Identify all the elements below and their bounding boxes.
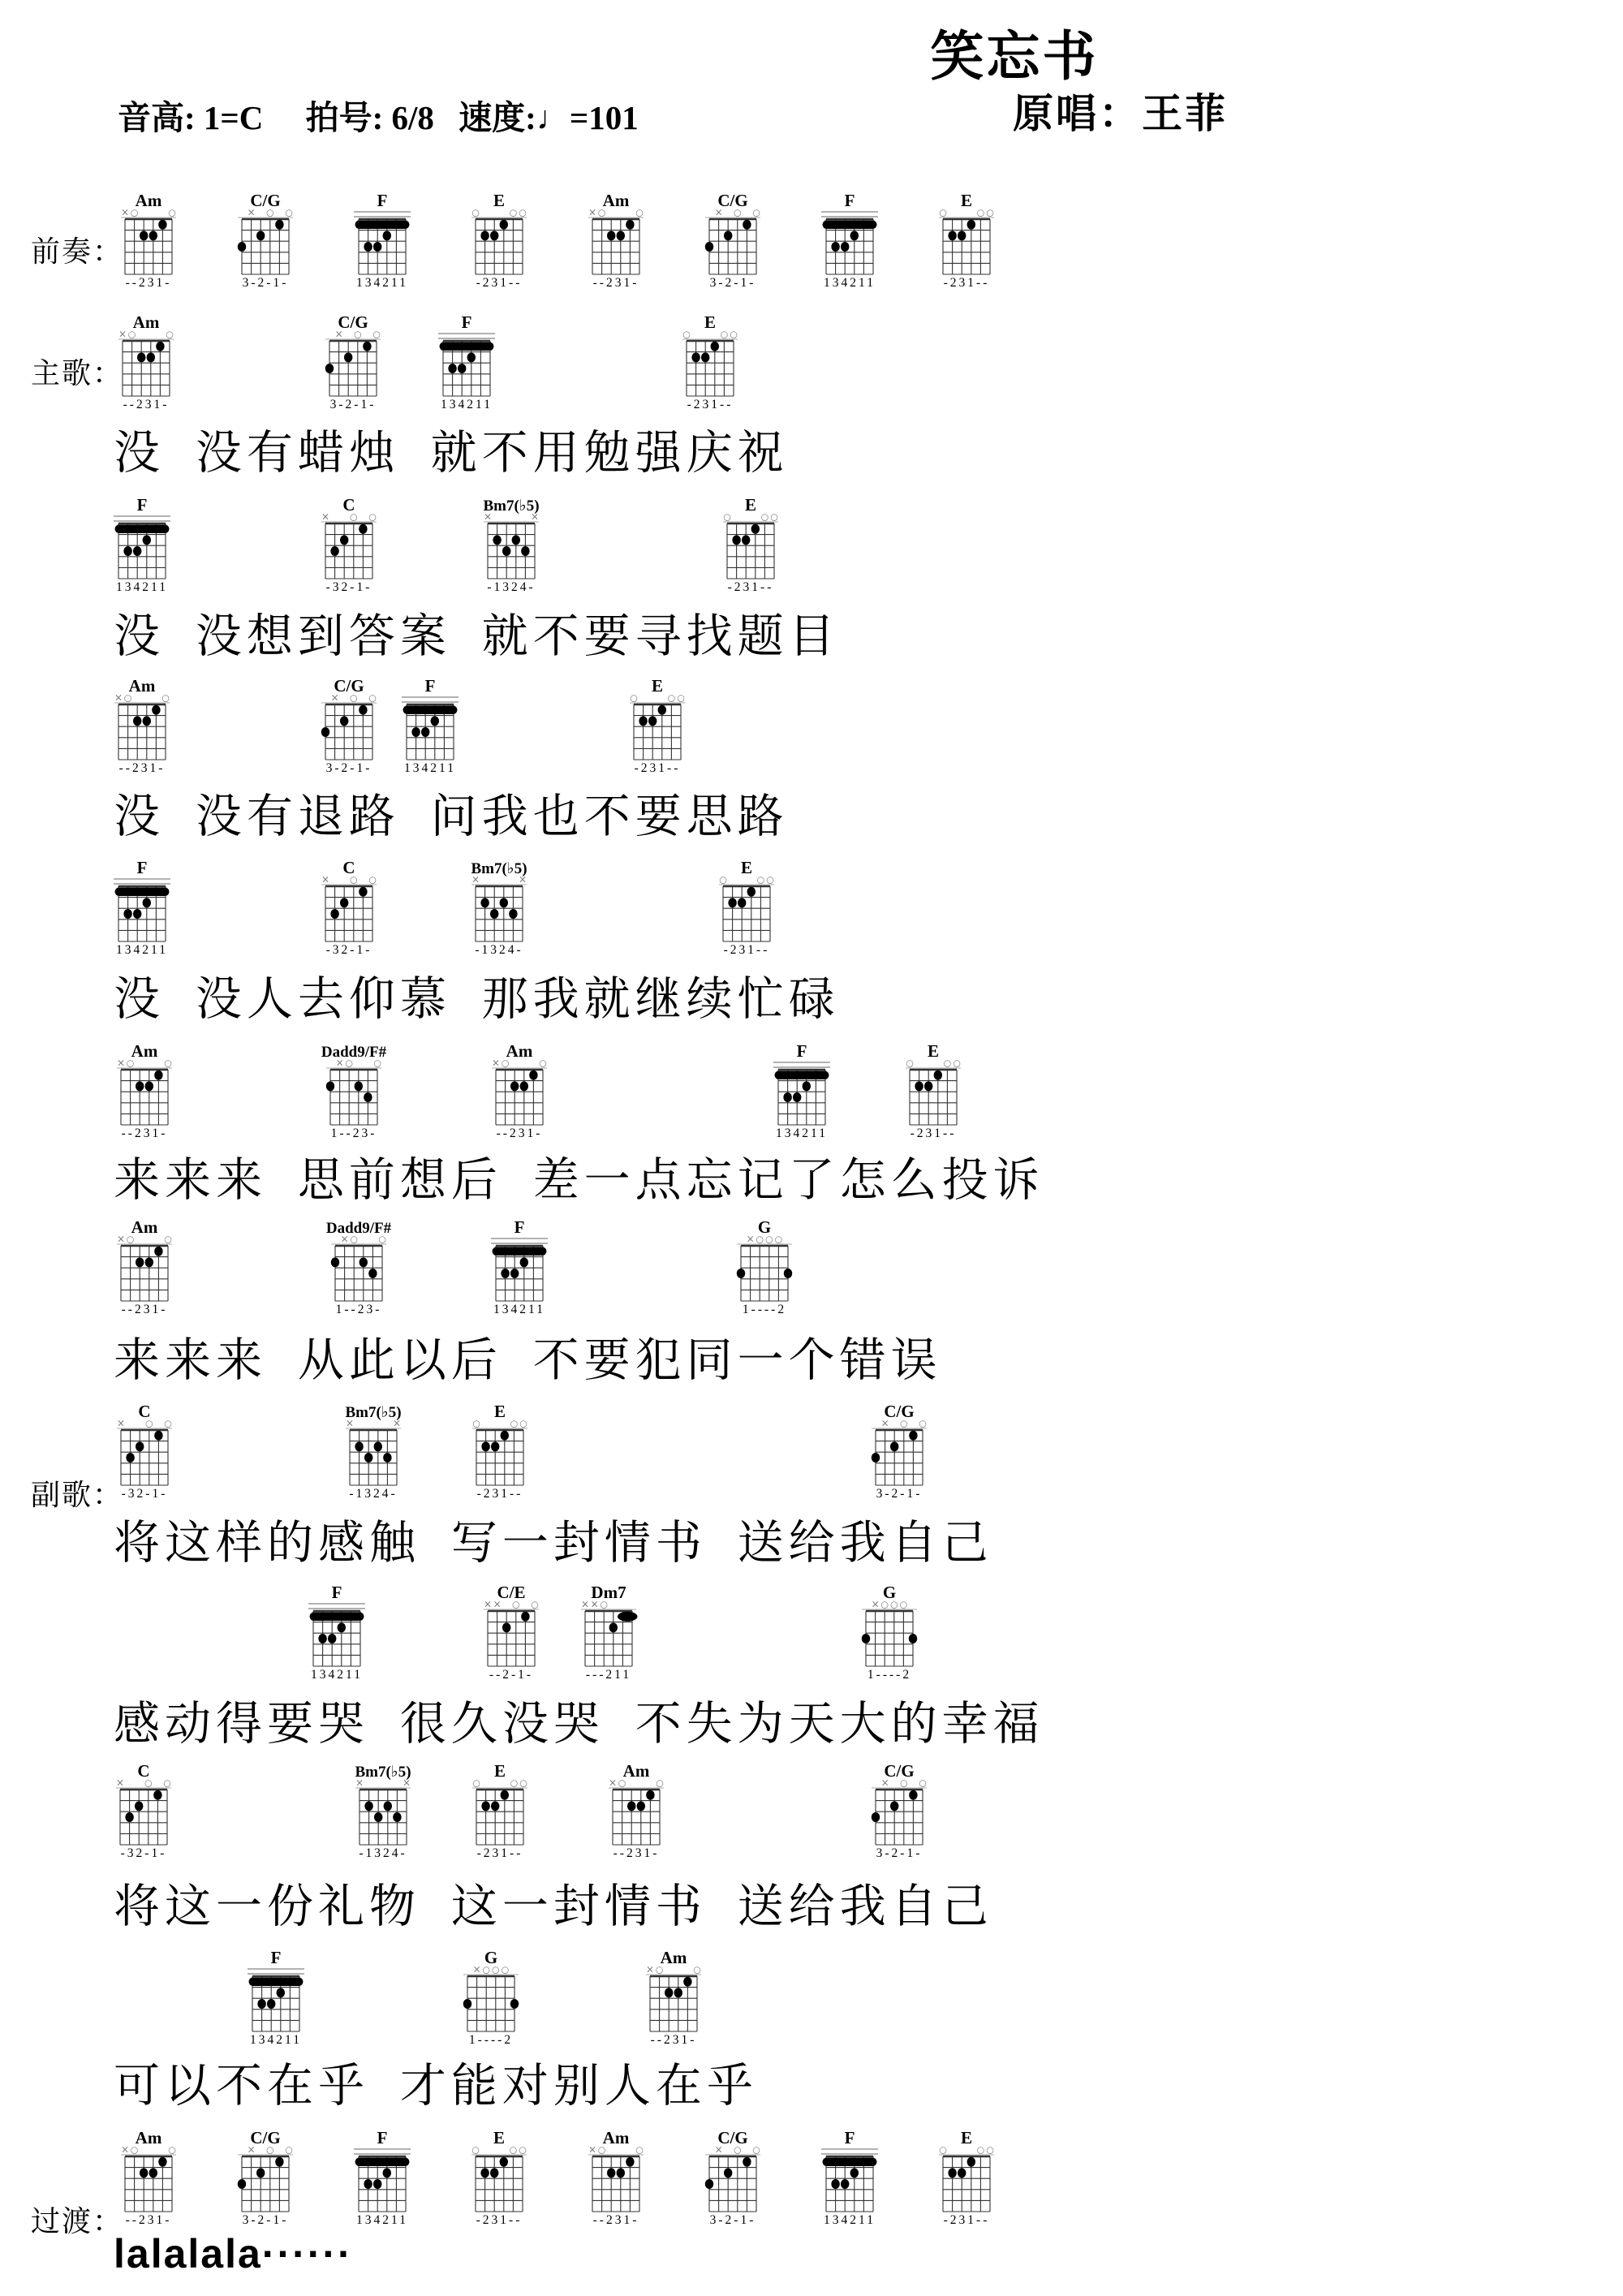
chord-diagram-Dm7: Dm7××○---211 <box>570 1582 648 1682</box>
svg-text:1--23-: 1--23- <box>336 1303 382 1316</box>
svg-text:○: ○ <box>730 330 738 340</box>
svg-text:○: ○ <box>986 2145 994 2156</box>
svg-text:×: × <box>473 1964 481 1975</box>
svg-text:Am: Am <box>131 1217 158 1237</box>
svg-text:F: F <box>271 1948 282 1967</box>
svg-text:F: F <box>797 1041 807 1061</box>
chord-diagram-CG: C/G×○○3-2-1- <box>314 312 392 412</box>
svg-text:F: F <box>377 191 388 210</box>
svg-text:-231--: -231-- <box>728 580 774 594</box>
svg-text:134211: 134211 <box>116 580 168 594</box>
svg-text:×: × <box>117 1234 125 1245</box>
svg-text:○: ○ <box>350 875 358 885</box>
chord-diagram-Am: Am×○○--231- <box>105 1040 183 1141</box>
svg-text:--2-1-: --2-1- <box>489 1668 533 1682</box>
svg-text:○: ○ <box>124 693 132 704</box>
svg-text:Am: Am <box>603 2128 630 2147</box>
svg-text:○: ○ <box>939 2145 947 2156</box>
svg-text:○: ○ <box>756 1234 764 1245</box>
lyric-line-2: 没 没有蜡烛 就不用勉强庆祝 <box>114 416 789 482</box>
svg-text:×: × <box>321 874 329 885</box>
chord-diagram-Am: Am×○○--231- <box>110 190 187 291</box>
chord-diagram-Am: Am×○○--231- <box>107 312 185 412</box>
svg-text:○: ○ <box>131 2145 139 2156</box>
chord-diagram-Dadd9F#: Dadd9/F#×○○1--23- <box>315 1040 393 1141</box>
svg-text:3-2-1-: 3-2-1- <box>710 276 756 290</box>
svg-text:-1324-: -1324- <box>475 943 523 957</box>
svg-text:-231--: -231-- <box>477 1846 523 1860</box>
svg-text:×: × <box>715 2144 723 2156</box>
svg-text:○: ○ <box>492 1965 500 1975</box>
svg-text:×: × <box>321 511 329 523</box>
chord-diagram-F: F134211 <box>391 675 469 776</box>
svg-text:×: × <box>715 207 723 218</box>
svg-text:×: × <box>646 1964 654 1975</box>
svg-text:○: ○ <box>723 512 731 523</box>
svg-text:×: × <box>484 1599 492 1610</box>
chord-diagram-Am: Am×○○--231- <box>105 1217 183 1317</box>
chord-diagram-Bm75: Bm7(♭5)××-1324- <box>472 494 550 595</box>
svg-text:3-2-1-: 3-2-1- <box>330 398 377 411</box>
chord-diagram-C: C×○○-32-1- <box>105 1760 183 1861</box>
svg-text:○: ○ <box>953 1058 961 1069</box>
chord-diagram-E: E○○○-231-- <box>928 2127 1005 2228</box>
svg-text:○: ○ <box>668 693 676 704</box>
svg-text:○: ○ <box>502 1965 510 1975</box>
chord-diagram-E: E○○○-231-- <box>461 1760 539 1861</box>
svg-text:○: ○ <box>378 1234 386 1245</box>
chord-diagram-G: G×○○○1----2 <box>725 1217 803 1317</box>
chord-diagram-Am: Am×○○--231- <box>480 1040 558 1141</box>
svg-text:○: ○ <box>163 1778 171 1789</box>
svg-text:3-2-1-: 3-2-1- <box>876 1846 923 1860</box>
svg-text:-231--: -231-- <box>944 2213 990 2227</box>
svg-text:1--23-: 1--23- <box>331 1126 377 1140</box>
svg-text:×: × <box>588 207 596 218</box>
svg-text:○: ○ <box>502 1058 510 1069</box>
svg-text:×: × <box>872 1599 880 1610</box>
chord-diagram-F: F134211 <box>763 1040 841 1141</box>
svg-text:Am: Am <box>131 1041 158 1061</box>
svg-text:○: ○ <box>919 1778 927 1789</box>
svg-text:E: E <box>494 1761 506 1781</box>
svg-text:○: ○ <box>519 2145 527 2156</box>
svg-text:○: ○ <box>368 875 377 885</box>
lyric-line-3: 没 没想到答案 就不要寻找题目 <box>114 599 840 666</box>
svg-text:○: ○ <box>128 330 136 340</box>
chord-diagram-F: F134211 <box>298 1582 376 1682</box>
chord-diagram-E: E○○○-231-- <box>712 494 790 595</box>
svg-text:-231--: -231-- <box>476 2213 523 2227</box>
svg-text:134211: 134211 <box>441 398 493 411</box>
svg-text:-1324-: -1324- <box>487 580 535 594</box>
svg-text:○: ○ <box>166 330 174 340</box>
svg-text:F: F <box>514 1217 525 1237</box>
chord-sheet-page: 笑忘书 原唱：王菲 音高: 1=C 拍号: 6/8 速度:♩=101 前奏：Am… <box>0 0 1623 2296</box>
svg-text:--231-: --231- <box>126 2213 172 2227</box>
svg-text:134211: 134211 <box>824 2213 876 2227</box>
svg-text:×: × <box>471 874 480 885</box>
svg-text:-1324-: -1324- <box>349 1487 397 1501</box>
svg-text:○: ○ <box>144 1778 153 1789</box>
svg-text:○: ○ <box>472 1419 480 1429</box>
svg-text:○: ○ <box>164 1058 172 1069</box>
svg-text:○: ○ <box>345 1058 353 1069</box>
chord-diagram-E: E○○○-231-- <box>460 2127 538 2228</box>
svg-text:--231-: --231- <box>126 276 172 290</box>
svg-text:○: ○ <box>472 1778 480 1789</box>
svg-text:×: × <box>484 511 492 523</box>
original-singer: 原唱：王菲 <box>1013 81 1228 140</box>
svg-text:--231-: --231- <box>613 1846 660 1860</box>
svg-text:--231-: --231- <box>497 1126 543 1140</box>
svg-text:○: ○ <box>373 1058 381 1069</box>
lyric-line-10: 将这一份礼物 这一封情书 送给我自己 <box>114 1869 993 1936</box>
svg-text:○: ○ <box>598 2145 606 2156</box>
chord-diagram-F: F134211 <box>428 312 506 412</box>
svg-text:○: ○ <box>766 875 774 885</box>
svg-text:×: × <box>117 1418 125 1429</box>
svg-text:○: ○ <box>471 2145 480 2156</box>
svg-text:×: × <box>881 1418 889 1429</box>
svg-text:1----2: 1----2 <box>743 1303 786 1316</box>
chord-diagram-E: E○○○-231-- <box>618 675 696 776</box>
svg-text:○: ○ <box>630 693 638 704</box>
svg-text:○: ○ <box>977 2145 985 2156</box>
svg-text:134211: 134211 <box>493 1303 545 1316</box>
chord-diagram-F: F134211 <box>103 857 181 958</box>
chord-diagram-C: C×○○-32-1- <box>105 1401 183 1501</box>
svg-text:○: ○ <box>519 1419 527 1429</box>
chord-diagram-F: F134211 <box>480 1217 558 1317</box>
chord-diagram-G: G×○○○1----2 <box>850 1582 928 1682</box>
svg-text:E: E <box>704 312 716 332</box>
svg-text:○: ○ <box>531 1600 539 1610</box>
svg-text:F: F <box>462 312 472 332</box>
svg-text:×: × <box>492 1058 500 1069</box>
svg-text:○: ○ <box>350 693 358 704</box>
svg-text:Am: Am <box>603 191 630 210</box>
chord-diagram-C: C×○○-32-1- <box>310 494 388 595</box>
svg-text:○: ○ <box>656 1778 664 1789</box>
svg-text:×: × <box>331 692 339 704</box>
chord-diagram-CG: C/G×○○3-2-1- <box>860 1401 938 1501</box>
svg-text:×: × <box>121 207 129 218</box>
chord-diagram-E: E○○○-231-- <box>461 1401 539 1501</box>
chord-diagram-CG: C/G×○○3-2-1- <box>226 2127 304 2228</box>
svg-text:--231-: --231- <box>593 276 639 290</box>
svg-text:F: F <box>425 676 436 696</box>
svg-text:-32-1-: -32-1- <box>122 1487 168 1501</box>
svg-text:×: × <box>588 2144 596 2156</box>
svg-text:×: × <box>114 692 123 704</box>
svg-text:E: E <box>928 1041 939 1061</box>
svg-text:E: E <box>745 495 756 515</box>
svg-text:○: ○ <box>127 1058 135 1069</box>
svg-text:134211: 134211 <box>356 2213 408 2227</box>
svg-text:E: E <box>961 2128 972 2147</box>
lyric-line-5: 没 没人去仰慕 那我就继续忙碌 <box>114 962 840 1028</box>
svg-text:-231--: -231-- <box>477 1487 523 1501</box>
chord-diagram-F: F134211 <box>343 190 421 291</box>
svg-text:○: ○ <box>285 208 293 218</box>
svg-text:○: ○ <box>900 1778 908 1789</box>
lyric-line-8: 将这样的感触 写一封情书 送给我自己 <box>114 1506 993 1572</box>
svg-text:○: ○ <box>350 512 358 523</box>
svg-text:-231--: -231-- <box>635 761 681 775</box>
chord-diagram-Dadd9F#: Dadd9/F#×○○1--23- <box>320 1217 398 1317</box>
svg-text:-32-1-: -32-1- <box>326 943 372 957</box>
svg-text:3-2-1-: 3-2-1- <box>326 761 372 775</box>
song-title: 笑忘书 <box>811 13 1217 90</box>
svg-text:--231-: --231- <box>593 2213 639 2227</box>
svg-text:×: × <box>116 1777 124 1789</box>
svg-text:○: ○ <box>677 693 685 704</box>
svg-text:○: ○ <box>635 2145 644 2156</box>
svg-text:134211: 134211 <box>404 761 456 775</box>
svg-text:×: × <box>248 2144 256 2156</box>
svg-text:--231-: --231- <box>651 2033 697 2047</box>
svg-text:-231--: -231-- <box>687 398 734 411</box>
meta-tempo: 速度:♩=101 <box>458 91 639 139</box>
svg-text:×: × <box>531 511 539 523</box>
meta-info-line: 音高: 1=C 拍号: 6/8 速度:♩=101 <box>118 91 639 139</box>
chord-diagram-F: F134211 <box>811 2127 889 2228</box>
svg-text:×: × <box>747 1234 755 1245</box>
svg-text:○: ○ <box>368 693 377 704</box>
svg-text:×: × <box>341 1234 349 1245</box>
chord-diagram-Bm75: Bm7(♭5)××-1324- <box>344 1760 422 1861</box>
svg-text:○: ○ <box>372 330 381 340</box>
svg-text:○: ○ <box>164 1419 172 1429</box>
chord-diagram-CG: C/G×○○3-2-1- <box>694 2127 772 2228</box>
svg-text:E: E <box>494 1402 506 1421</box>
svg-text:×: × <box>591 1599 599 1610</box>
svg-text:134211: 134211 <box>311 1668 363 1682</box>
chord-diagram-CG: C/G×○○3-2-1- <box>226 190 304 291</box>
lyric-line-11: 可以不在乎 才能对别人在乎 <box>114 2048 758 2115</box>
svg-text:○: ○ <box>900 1600 908 1610</box>
svg-text:3-2-1-: 3-2-1- <box>243 276 289 290</box>
lyric-line-6: 来来来 思前想后 差一点忘记了怎么投诉 <box>114 1143 1044 1209</box>
svg-text:○: ○ <box>682 330 691 340</box>
svg-text:○: ○ <box>131 208 139 218</box>
chord-diagram-CG: C/G×○○3-2-1- <box>860 1760 938 1861</box>
svg-text:×: × <box>248 207 256 218</box>
svg-text:×: × <box>121 2144 129 2156</box>
svg-text:×: × <box>355 1777 364 1789</box>
svg-text:×: × <box>519 874 527 885</box>
svg-text:134211: 134211 <box>824 276 876 290</box>
chord-diagram-G: G×○○○1----2 <box>452 1947 530 2048</box>
svg-text:-231--: -231-- <box>476 276 523 290</box>
svg-text:○: ○ <box>761 512 769 523</box>
svg-text:○: ○ <box>510 1778 519 1789</box>
chord-diagram-E: E○○○-231-- <box>671 312 749 412</box>
svg-text:E: E <box>493 191 505 210</box>
svg-text:○: ○ <box>757 875 765 885</box>
svg-text:1----2: 1----2 <box>867 1668 911 1682</box>
svg-text:○: ○ <box>350 1234 358 1245</box>
svg-text:1----2: 1----2 <box>469 2033 513 2047</box>
chord-diagram-F: F134211 <box>237 1947 315 2048</box>
svg-text:F: F <box>332 1583 342 1602</box>
svg-text:-231--: -231-- <box>724 943 770 957</box>
svg-text:E: E <box>652 676 663 696</box>
svg-text:E: E <box>961 191 972 210</box>
svg-text:×: × <box>346 1418 354 1429</box>
svg-text:3-2-1-: 3-2-1- <box>876 1487 923 1501</box>
svg-text:○: ○ <box>770 512 778 523</box>
chord-diagram-E: E○○○-231-- <box>894 1040 972 1141</box>
chord-diagram-E: E○○○-231-- <box>928 190 1005 291</box>
svg-text:Am: Am <box>129 676 156 696</box>
svg-text:○: ○ <box>168 2145 176 2156</box>
svg-text:○: ○ <box>510 1419 519 1429</box>
svg-text:○: ○ <box>510 208 518 218</box>
svg-text:--231-: --231- <box>122 1303 168 1316</box>
svg-text:○: ○ <box>368 512 377 523</box>
svg-text:○: ○ <box>285 2145 293 2156</box>
svg-text:--231-: --231- <box>123 398 170 411</box>
lyric-line-12: lalalala······ <box>114 2230 353 2277</box>
chord-diagram-Am: Am×○○--231- <box>597 1760 675 1861</box>
svg-text:F: F <box>377 2128 388 2147</box>
svg-text:-231--: -231-- <box>911 1126 957 1140</box>
svg-text:○: ○ <box>939 208 947 218</box>
svg-text:○: ○ <box>471 208 480 218</box>
chord-diagram-CG: C/G×○○3-2-1- <box>310 675 388 776</box>
chord-diagram-C: C×○○-32-1- <box>310 857 388 958</box>
svg-text:3-2-1-: 3-2-1- <box>710 2213 756 2227</box>
svg-text:---211: ---211 <box>586 1668 631 1682</box>
svg-text:×: × <box>117 1058 125 1069</box>
svg-text:○: ○ <box>765 1234 773 1245</box>
chord-diagram-E: E○○○-231-- <box>708 857 786 958</box>
svg-text:×: × <box>493 1599 502 1610</box>
svg-text:F: F <box>845 2128 855 2147</box>
svg-text:○: ○ <box>145 1419 153 1429</box>
svg-text:○: ○ <box>127 1234 135 1245</box>
svg-text:○: ○ <box>890 1600 898 1610</box>
svg-text:○: ○ <box>734 208 742 218</box>
chord-diagram-E: E○○○-231-- <box>460 190 538 291</box>
chord-diagram-F: F134211 <box>103 494 181 595</box>
svg-text:○: ○ <box>168 208 176 218</box>
svg-text:134211: 134211 <box>116 943 168 957</box>
chord-diagram-CG: C/G×○○3-2-1- <box>694 190 772 291</box>
svg-text:Am: Am <box>136 2128 162 2147</box>
svg-text:○: ○ <box>354 330 362 340</box>
svg-text:×: × <box>609 1777 617 1789</box>
svg-text:F: F <box>137 858 148 877</box>
lyric-line-7: 来来来 从此以后 不要犯同一个错误 <box>114 1323 942 1389</box>
svg-text:F: F <box>137 495 148 515</box>
svg-text:×: × <box>335 329 343 340</box>
svg-text:×: × <box>336 1058 344 1069</box>
svg-text:F: F <box>845 191 855 210</box>
chord-diagram-Bm75: Bm7(♭5)××-1324- <box>334 1401 412 1501</box>
svg-text:○: ○ <box>600 1600 608 1610</box>
svg-text:○: ○ <box>944 1058 952 1069</box>
svg-text:○: ○ <box>734 2145 742 2156</box>
svg-text:○: ○ <box>519 1778 527 1789</box>
svg-text:Am: Am <box>136 191 162 210</box>
svg-text:○: ○ <box>721 330 729 340</box>
chord-diagram-Am: Am×○○--231- <box>103 675 181 776</box>
svg-text:-32-1-: -32-1- <box>326 580 372 594</box>
svg-text:○: ○ <box>693 1965 701 1975</box>
meta-key: 音高: 1=C <box>118 91 263 139</box>
svg-text:×: × <box>881 1777 889 1789</box>
svg-text:○: ○ <box>719 875 727 885</box>
svg-text:○: ○ <box>752 2145 760 2156</box>
chord-diagram-Am: Am×○○--231- <box>110 2127 187 2228</box>
svg-text:○: ○ <box>618 1778 626 1789</box>
svg-text:--231-: --231- <box>122 1126 168 1140</box>
svg-text:○: ○ <box>519 208 527 218</box>
chord-diagram-Bm75: Bm7(♭5)××-1324- <box>460 857 538 958</box>
svg-text:○: ○ <box>482 1965 490 1975</box>
svg-text:○: ○ <box>161 693 170 704</box>
svg-text:×: × <box>118 329 127 340</box>
svg-text:134211: 134211 <box>776 1126 828 1140</box>
chord-diagram-CE: C/E××○○--2-1- <box>472 1582 550 1682</box>
svg-text:Am: Am <box>623 1761 650 1781</box>
svg-text:○: ○ <box>266 208 274 218</box>
svg-text:○: ○ <box>512 1600 520 1610</box>
svg-text:○: ○ <box>598 208 606 218</box>
svg-text:○: ○ <box>510 2145 518 2156</box>
lyric-line-4: 没 没有退路 问我也不要思路 <box>114 779 789 846</box>
svg-text:Am: Am <box>661 1948 687 1967</box>
chord-diagram-Am: Am×○○--231- <box>577 2127 655 2228</box>
svg-text:-32-1-: -32-1- <box>121 1846 167 1860</box>
svg-text:E: E <box>493 2128 505 2147</box>
svg-text:○: ○ <box>775 1234 783 1245</box>
chord-diagram-F: F134211 <box>811 190 889 291</box>
svg-text:○: ○ <box>880 1600 889 1610</box>
svg-text:○: ○ <box>986 208 994 218</box>
svg-text:Am: Am <box>506 1041 533 1061</box>
svg-text:×: × <box>581 1599 589 1610</box>
chord-diagram-Am: Am×○○--231- <box>635 1947 712 2048</box>
svg-text:×: × <box>393 1418 401 1429</box>
svg-text:134211: 134211 <box>356 276 408 290</box>
chord-diagram-Am: Am×○○--231- <box>577 190 655 291</box>
svg-text:○: ○ <box>900 1419 908 1429</box>
svg-text:×: × <box>403 1777 411 1789</box>
lyric-line-9: 感动得要哭 很久没哭 不失为天大的幸福 <box>114 1686 1044 1753</box>
svg-text:○: ○ <box>752 208 760 218</box>
svg-text:○: ○ <box>266 2145 274 2156</box>
svg-text:-231--: -231-- <box>944 276 990 290</box>
svg-text:○: ○ <box>906 1058 914 1069</box>
svg-text:○: ○ <box>919 1419 927 1429</box>
chord-diagram-F: F134211 <box>343 2127 421 2228</box>
svg-text:○: ○ <box>977 208 985 218</box>
svg-text:--231-: --231- <box>119 761 166 775</box>
svg-text:-1324-: -1324- <box>359 1846 407 1860</box>
svg-text:Am: Am <box>133 312 160 332</box>
svg-text:E: E <box>741 858 752 877</box>
svg-text:○: ○ <box>635 208 644 218</box>
svg-text:3-2-1-: 3-2-1- <box>243 2213 289 2227</box>
svg-text:134211: 134211 <box>250 2033 302 2047</box>
svg-text:○: ○ <box>164 1234 172 1245</box>
meta-time-signature: 拍号: 6/8 <box>306 91 434 139</box>
svg-text:○: ○ <box>539 1058 547 1069</box>
